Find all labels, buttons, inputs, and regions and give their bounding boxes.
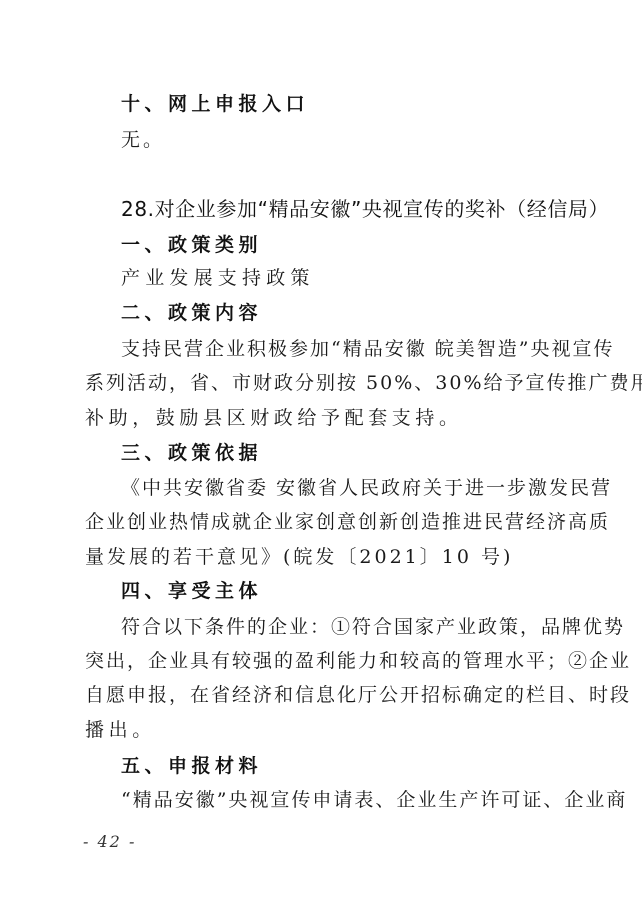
- section-heading-policy-basis: 三、政策依据: [121, 441, 557, 465]
- paragraph-line: 《中共安徽省委 安徽省人民政府关于进一步激发民营: [121, 476, 557, 500]
- paragraph-line: 突出，企业具有较强的盈利能力和较高的管理水平；②企业: [85, 649, 557, 673]
- paragraph-line: 补助，鼓励县区财政给予配套支持。: [85, 406, 557, 430]
- paragraph-line: 企业创业热情成就企业家创意创新创造推进民营经济高质: [85, 510, 557, 534]
- page-number: - 42 -: [83, 832, 136, 851]
- paragraph-line: 产业发展支持政策: [121, 266, 557, 290]
- paragraph-line: 自愿申报，在省经济和信息化厅公开招标确定的栏目、时段: [85, 683, 557, 707]
- item-title: 28.对企业参加“精品安徽”央视宣传的奖补（经信局）: [121, 197, 557, 221]
- paragraph-line: 系列活动，省、市财政分别按 50%、30%给予宣传推广费用: [85, 371, 557, 395]
- section-heading-application-materials: 五、申报材料: [121, 754, 557, 778]
- paragraph-line: 量发展的若干意见》(皖发〔2021〕10 号): [85, 545, 557, 569]
- section-heading-eligible-entities: 四、享受主体: [121, 579, 557, 603]
- section-body-online-entry: 无。: [121, 128, 557, 152]
- section-heading-online-entry: 十、网上申报入口: [121, 92, 557, 116]
- paragraph-line: 支持民营企业积极参加“精品安徽 皖美智造”央视宣传: [121, 337, 557, 361]
- section-heading-policy-category: 一、政策类别: [121, 233, 557, 257]
- document-page: 十、网上申报入口 无。 28.对企业参加“精品安徽”央视宣传的奖补（经信局） 一…: [0, 0, 642, 907]
- paragraph-line: 播出。: [85, 718, 557, 742]
- paragraph-line: “精品安徽”央视宣传申请表、企业生产许可证、企业商: [121, 788, 557, 812]
- paragraph-line: 符合以下条件的企业：①符合国家产业政策，品牌优势: [121, 615, 557, 639]
- section-heading-policy-content: 二、政策内容: [121, 301, 557, 325]
